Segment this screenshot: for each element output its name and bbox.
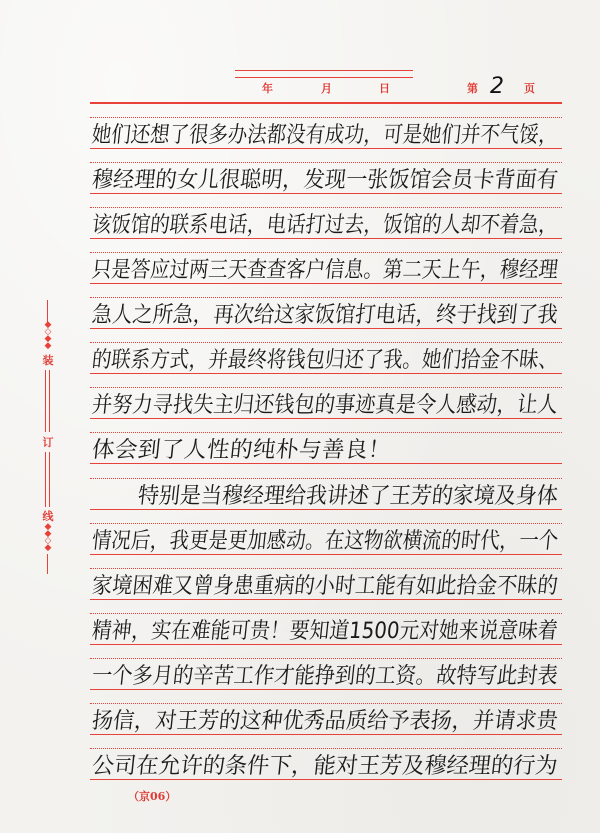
handwritten-line: 公司在允许的条件下，能对王芳及穆经理的行为 [91,752,559,780]
handwritten-line: 她们还想了很多办法都没有成功，可是她们并不气馁， [91,121,560,149]
ruled-row: 急人之所急，再次给这家饭馆打电话，终于找到了我 [90,297,562,342]
letter-body: 她们还想了很多办法都没有成功，可是她们并不气馁， 穆经理的女儿很聪明，发现一张饭… [90,117,562,793]
ruled-row: 并努力寻找失主归还钱包的事迹真是令人感动，让人 [90,387,562,432]
knot-ornament-icon: ◆◇◆◆ [42,322,54,350]
ruled-row: 公司在允许的条件下，能对王芳及穆经理的行为 [90,748,562,793]
handwritten-line: 穆经理的女儿很聪明，发现一张饭馆会员卡背面有 [91,166,560,194]
handwritten-line: 的联系方式，并最终将钱包归还了我。她们拾金不昧、 [91,346,560,374]
handwritten-line: 精神，实在难能可贵！要知道1500元对她来说意味着 [91,617,560,645]
page-suffix-label: 页 [524,80,535,96]
header-double-rule [235,70,413,78]
ruled-row: 只是答应过两三天查查客户信息。第二天上午，穆经理 [90,252,562,297]
ruled-row: 一个多月的辛苦工作才能挣到的工资。故特写此封表 [90,658,562,703]
handwritten-line-paragraph-start: 特别是当穆经理给我讲述了王芳的家境及身体 [137,482,560,510]
handwritten-line: 急人之所急，再次给这家饭馆打电话，终于找到了我 [91,301,560,329]
ruled-row: 该饭馆的联系电话，电话打过去，饭馆的人却不着急， [90,207,562,252]
ruled-row: 扬信，对王芳的这种优秀品质给予表扬，并请求贵 [90,703,562,748]
day-label: 日 [379,80,390,96]
ruled-row: 穆经理的女儿很聪明，发现一张饭馆会员卡背面有 [90,162,562,207]
binding-double-line [45,370,50,432]
form-code: （京06） [128,788,176,804]
binding-line-bottom [47,554,48,574]
ruled-row: 体会到了人性的纯朴与善良！ [90,432,562,477]
handwritten-line: 体会到了人性的纯朴与善良！ [91,436,393,464]
handwritten-line: 只是答应过两三天查查客户信息。第二天上午，穆经理 [91,256,560,284]
page-prefix-label: 第 [467,80,478,96]
handwritten-line: 扬信，对王芳的这种优秀品质给予表扬，并请求贵 [91,707,560,735]
handwritten-line: 该饭馆的联系电话，电话打过去，饭馆的人却不着急， [91,211,560,239]
knot-ornament-icon: ◆◆◇◆ [42,524,54,552]
ruled-row: 她们还想了很多办法都没有成功，可是她们并不气馁， [90,117,562,162]
ruled-row: 特别是当穆经理给我讲述了王芳的家境及身体 [90,478,562,523]
ruled-row: 家境困难又曾身患重病的小时工能有如此拾金不昧的 [90,568,562,613]
header-rule [90,102,562,104]
month-label: 月 [321,80,332,96]
handwritten-line: 一个多月的辛苦工作才能挣到的工资。故特写此封表 [91,662,560,690]
binding-line-top [47,300,48,322]
page-number: 2 [490,74,504,99]
binding-label-zhuang: 装 [40,352,56,368]
handwritten-line: 情况后，我更是更加感动。在这物欲横流的时代，一个 [91,527,560,555]
handwritten-line: 并努力寻找失主归还钱包的事迹真是令人感动，让人 [91,391,560,419]
binding-margin: ◆◇◆◆ 装 订 线 ◆◆◇◆ [40,300,56,540]
year-label: 年 [262,80,273,96]
handwritten-line: 家境困难又曾身患重病的小时工能有如此拾金不昧的 [91,572,560,600]
binding-double-line [45,452,50,507]
ruled-row: 的联系方式，并最终将钱包归还了我。她们拾金不昧、 [90,342,562,387]
letter-page: 年 月 日 第 2 页 ◆◇◆◆ 装 订 线 ◆◆◇◆ 她们还想了很多办法都没有… [0,0,600,833]
ruled-row: 精神，实在难能可贵！要知道1500元对她来说意味着 [90,613,562,658]
ruled-row: 情况后，我更是更加感动。在这物欲横流的时代，一个 [90,523,562,568]
binding-label-ding: 订 [40,434,56,450]
